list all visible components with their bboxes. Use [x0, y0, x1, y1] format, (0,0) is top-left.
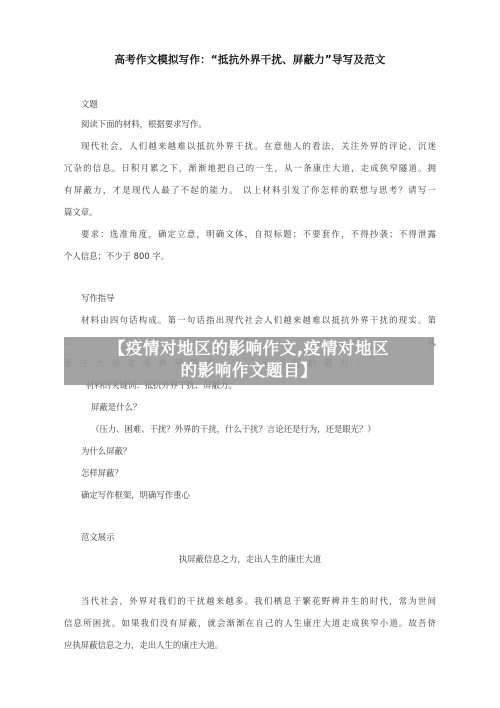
material-line-1: 现代社会，人们越来越难以抵抗外界干扰。在意他人的看法，关注外界的评论，沉迷 [81, 140, 436, 152]
section-heading-topic: 文题 [81, 98, 98, 110]
analysis-line-1: 材料由四句话构成。第一句话指出现代社会人们越来越难以抵抗外界干扰的现实。第 [81, 314, 436, 326]
overlay-banner-text: 【疫情对地区的影响作文,疫情对地区 的影响作文题目】 [64, 338, 434, 382]
material-line-2: 冗杂的信息。日积月累之下，渐渐地把自己的一生，从一条康庄大道，走成狭窄隧道。拥 [64, 162, 436, 174]
requirement-line-2: 个人信息；不少于 800 字。 [64, 250, 169, 262]
question-how: 怎样屏蔽？ [81, 467, 123, 479]
essay-line-2: 信息所困扰。如果我们没有屏蔽，就会渐渐在自己的人生康庄大道走成狭窄小道。故吾侪 [64, 617, 436, 629]
material-line-3: 有屏蔽力，才是现代人最了不起的能力。 以上材料引发了你怎样的联想与思考？请写一 [64, 184, 436, 196]
question-what-detail: （压力、困难、干扰？外界的干扰，什么干扰？言论还是行为，还是眼光？） [91, 423, 376, 435]
document-title: 高考作文模拟写作：“抵抗外界干扰、屏蔽力”导写及范文 [0, 52, 500, 67]
topic-instruction: 阅读下面的材料，根据要求写作。 [81, 118, 207, 130]
essay-line-1: 当代社会，外界对我们的干扰越来越多。我们栖息于繁花野稗并生的时代，常为世间 [81, 595, 436, 607]
question-what: 屏蔽是什么？ [91, 401, 141, 413]
requirement-line-1: 要求：选准角度，确定立意，明确文体，自拟标题；不要套作，不得抄袭；不得泄露 [81, 228, 436, 240]
material-line-4: 篇文章。 [64, 206, 98, 218]
document-page: 高考作文模拟写作：“抵抗外界干扰、屏蔽力”导写及范文 文题 阅读下面的材料，根据… [0, 0, 500, 708]
writing-framework: 确定写作框架，明确写作重心 [81, 489, 190, 501]
overlay-line-2: 的影响作文题目】 [64, 360, 434, 382]
overlay-line-1: 【疫情对地区的影响作文,疫情对地区 [64, 338, 434, 360]
essay-line-3: 应执屏蔽信息之力，走出人生的康庄大道。 [64, 639, 223, 651]
section-heading-sample: 范文展示 [81, 531, 115, 543]
section-heading-guide: 写作指导 [81, 292, 115, 304]
essay-title: 执屏蔽信息之力，走出人生的康庄大道 [0, 553, 500, 565]
question-why: 为什么屏蔽？ [81, 445, 131, 457]
